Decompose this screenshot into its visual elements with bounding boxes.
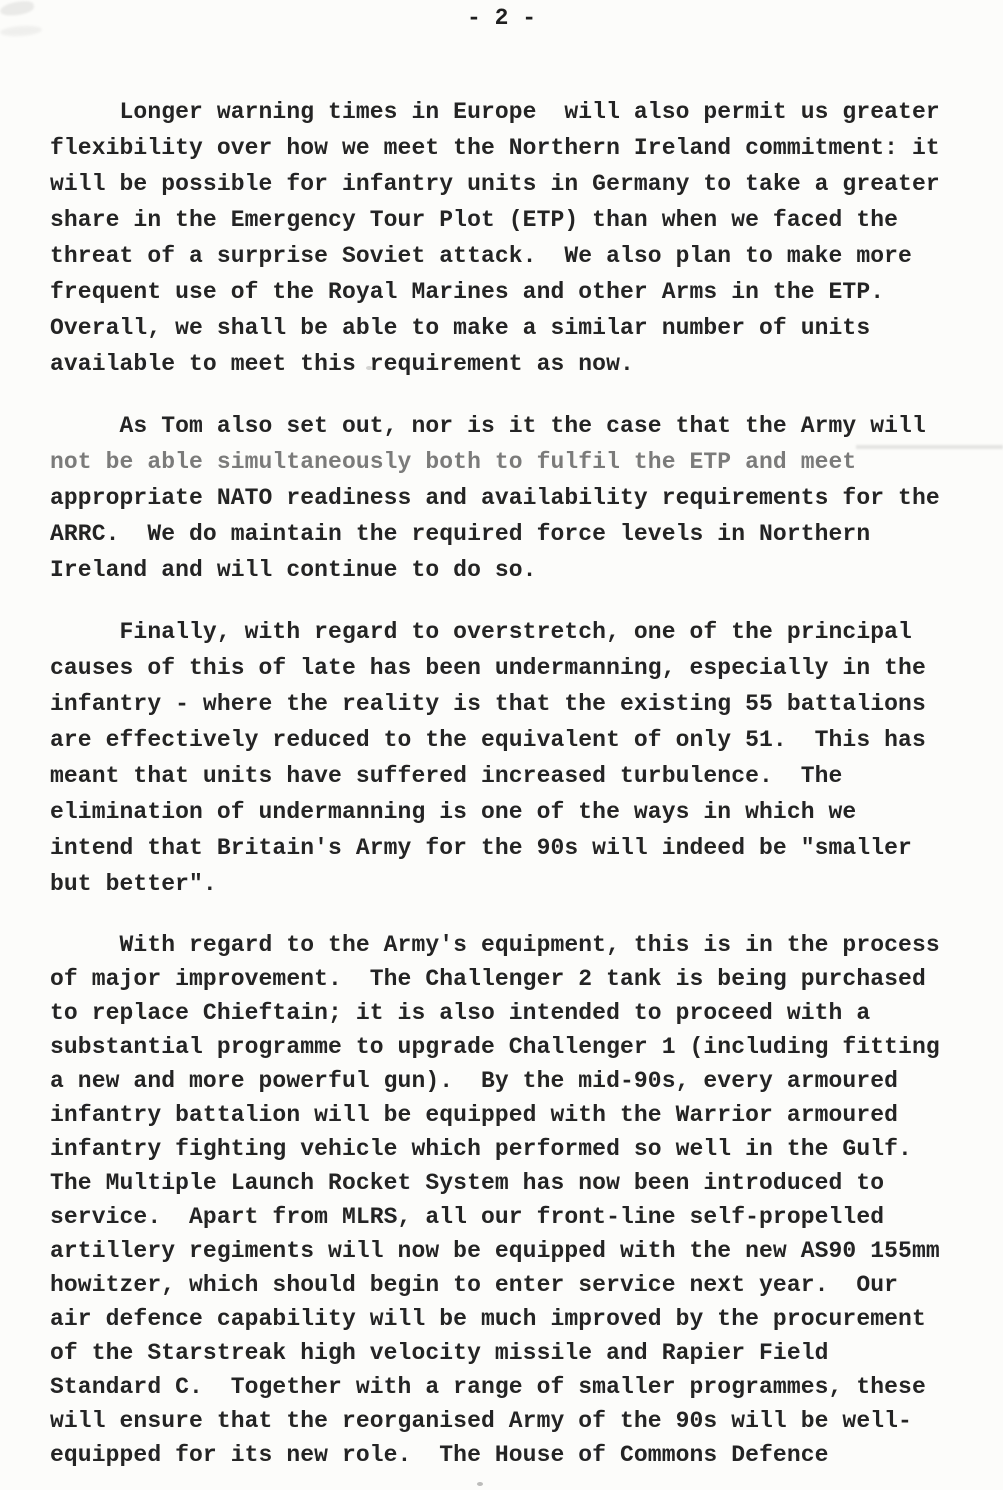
text-line: Finally, with regard to overstretch, one… bbox=[50, 614, 960, 650]
text-line: Longer warning times in Europe will also… bbox=[50, 94, 960, 130]
page-number: - 2 - bbox=[0, 5, 1003, 31]
text-line: substantial programme to upgrade Challen… bbox=[50, 1030, 960, 1064]
text-line: but better". bbox=[50, 866, 960, 902]
text-line: causes of this of late has been underman… bbox=[50, 650, 960, 686]
text-line: infantry battalion will be equipped with… bbox=[50, 1098, 960, 1132]
text-line: artillery regiments will now be equipped… bbox=[50, 1234, 960, 1268]
text-line: will ensure that the reorganised Army of… bbox=[50, 1404, 960, 1438]
text-line: howitzer, which should begin to enter se… bbox=[50, 1268, 960, 1302]
text-line: infantry - where the reality is that the… bbox=[50, 686, 960, 722]
scan-artifact bbox=[477, 1482, 483, 1486]
text-line: Ireland and will continue to do so. bbox=[50, 552, 960, 588]
text-line: share in the Emergency Tour Plot (ETP) t… bbox=[50, 202, 960, 238]
text-line: flexibility over how we meet the Norther… bbox=[50, 130, 960, 166]
text-line: With regard to the Army's equipment, thi… bbox=[50, 928, 960, 962]
text-line: service. Apart from MLRS, all our front-… bbox=[50, 1200, 960, 1234]
paragraph: As Tom also set out, nor is it the case … bbox=[50, 408, 960, 588]
text-line: threat of a surprise Soviet attack. We a… bbox=[50, 238, 960, 274]
text-line: a new and more powerful gun). By the mid… bbox=[50, 1064, 960, 1098]
text-line: appropriate NATO readiness and availabil… bbox=[50, 480, 960, 516]
text-line: will be possible for infantry units in G… bbox=[50, 166, 960, 202]
text-line: intend that Britain's Army for the 90s w… bbox=[50, 830, 960, 866]
text-line: As Tom also set out, nor is it the case … bbox=[50, 408, 960, 444]
text-line: air defence capability will be much impr… bbox=[50, 1302, 960, 1336]
text-line: The Multiple Launch Rocket System has no… bbox=[50, 1166, 960, 1200]
paragraph: Finally, with regard to overstretch, one… bbox=[50, 614, 960, 902]
text-line: available to meet this requirement as no… bbox=[50, 346, 960, 382]
text-line: elimination of undermanning is one of th… bbox=[50, 794, 960, 830]
text-line: Overall, we shall be able to make a simi… bbox=[50, 310, 960, 346]
document-page: - 2 - Longer warning times in Europe wil… bbox=[0, 0, 1003, 1490]
text-line: frequent use of the Royal Marines and ot… bbox=[50, 274, 960, 310]
text-line: not be able simultaneously both to fulfi… bbox=[50, 444, 960, 480]
text-line: to replace Chieftain; it is also intende… bbox=[50, 996, 960, 1030]
text-line: equipped for its new role. The House of … bbox=[50, 1438, 960, 1472]
paragraph: With regard to the Army's equipment, thi… bbox=[50, 928, 960, 1472]
text-line: of the Starstreak high velocity missile … bbox=[50, 1336, 960, 1370]
text-line: of major improvement. The Challenger 2 t… bbox=[50, 962, 960, 996]
text-line: infantry fighting vehicle which performe… bbox=[50, 1132, 960, 1166]
text-line: Standard C. Together with a range of sma… bbox=[50, 1370, 960, 1404]
text-line: meant that units have suffered increased… bbox=[50, 758, 960, 794]
document-body: Longer warning times in Europe will also… bbox=[50, 94, 960, 1472]
text-line: ARRC. We do maintain the required force … bbox=[50, 516, 960, 552]
text-line: are effectively reduced to the equivalen… bbox=[50, 722, 960, 758]
paragraph: Longer warning times in Europe will also… bbox=[50, 94, 960, 382]
